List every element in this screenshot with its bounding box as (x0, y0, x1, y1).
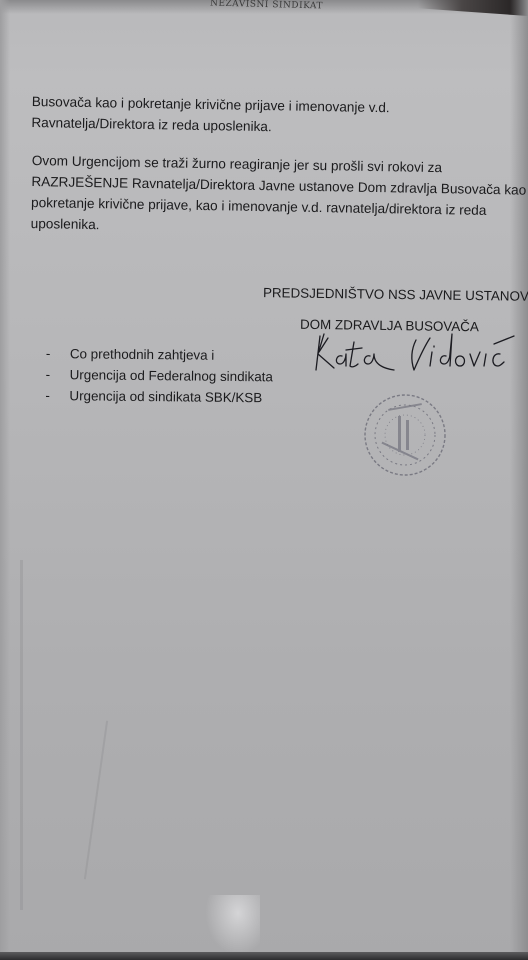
paragraph-1: Busovača kao i pokretanje krivične prija… (31, 91, 512, 141)
list-item: - Urgencija od sindikata SBK/KSB (45, 385, 272, 408)
list-item-text: Co prethodnih zahtjeva i (70, 343, 215, 366)
list-bullet: - (46, 343, 70, 364)
paragraph-2: Ovom Urgencijom se traži žurno reagiranj… (31, 150, 522, 243)
bottom-edge (0, 952, 528, 960)
light-glare (205, 895, 260, 955)
list-bullet: - (45, 385, 69, 406)
list-item: - Co prethodnih zahtjeva i (46, 343, 273, 366)
official-stamp-icon (360, 390, 450, 480)
document-photo: NEZAVISNI SINDIKAT Busovača kao i pokret… (0, 0, 528, 960)
paper-crease (20, 560, 23, 910)
list-item: - Urgencija od Federalnog sindikata (46, 364, 273, 387)
left-edge-shading (0, 0, 10, 960)
list-item-text: Urgencija od sindikata SBK/KSB (69, 385, 262, 408)
list-bullet: - (46, 364, 70, 385)
list-item-text: Urgencija od Federalnog sindikata (70, 364, 273, 387)
handwritten-signature (310, 328, 520, 378)
paper-crease (84, 721, 108, 880)
signatory-org-line-1: PREDSJEDNIŠTVO NSS JAVNE USTANOVE (263, 285, 528, 304)
right-edge-shading (510, 0, 528, 960)
attachments-list: - Co prethodnih zahtjeva i - Urgencija o… (45, 343, 273, 408)
